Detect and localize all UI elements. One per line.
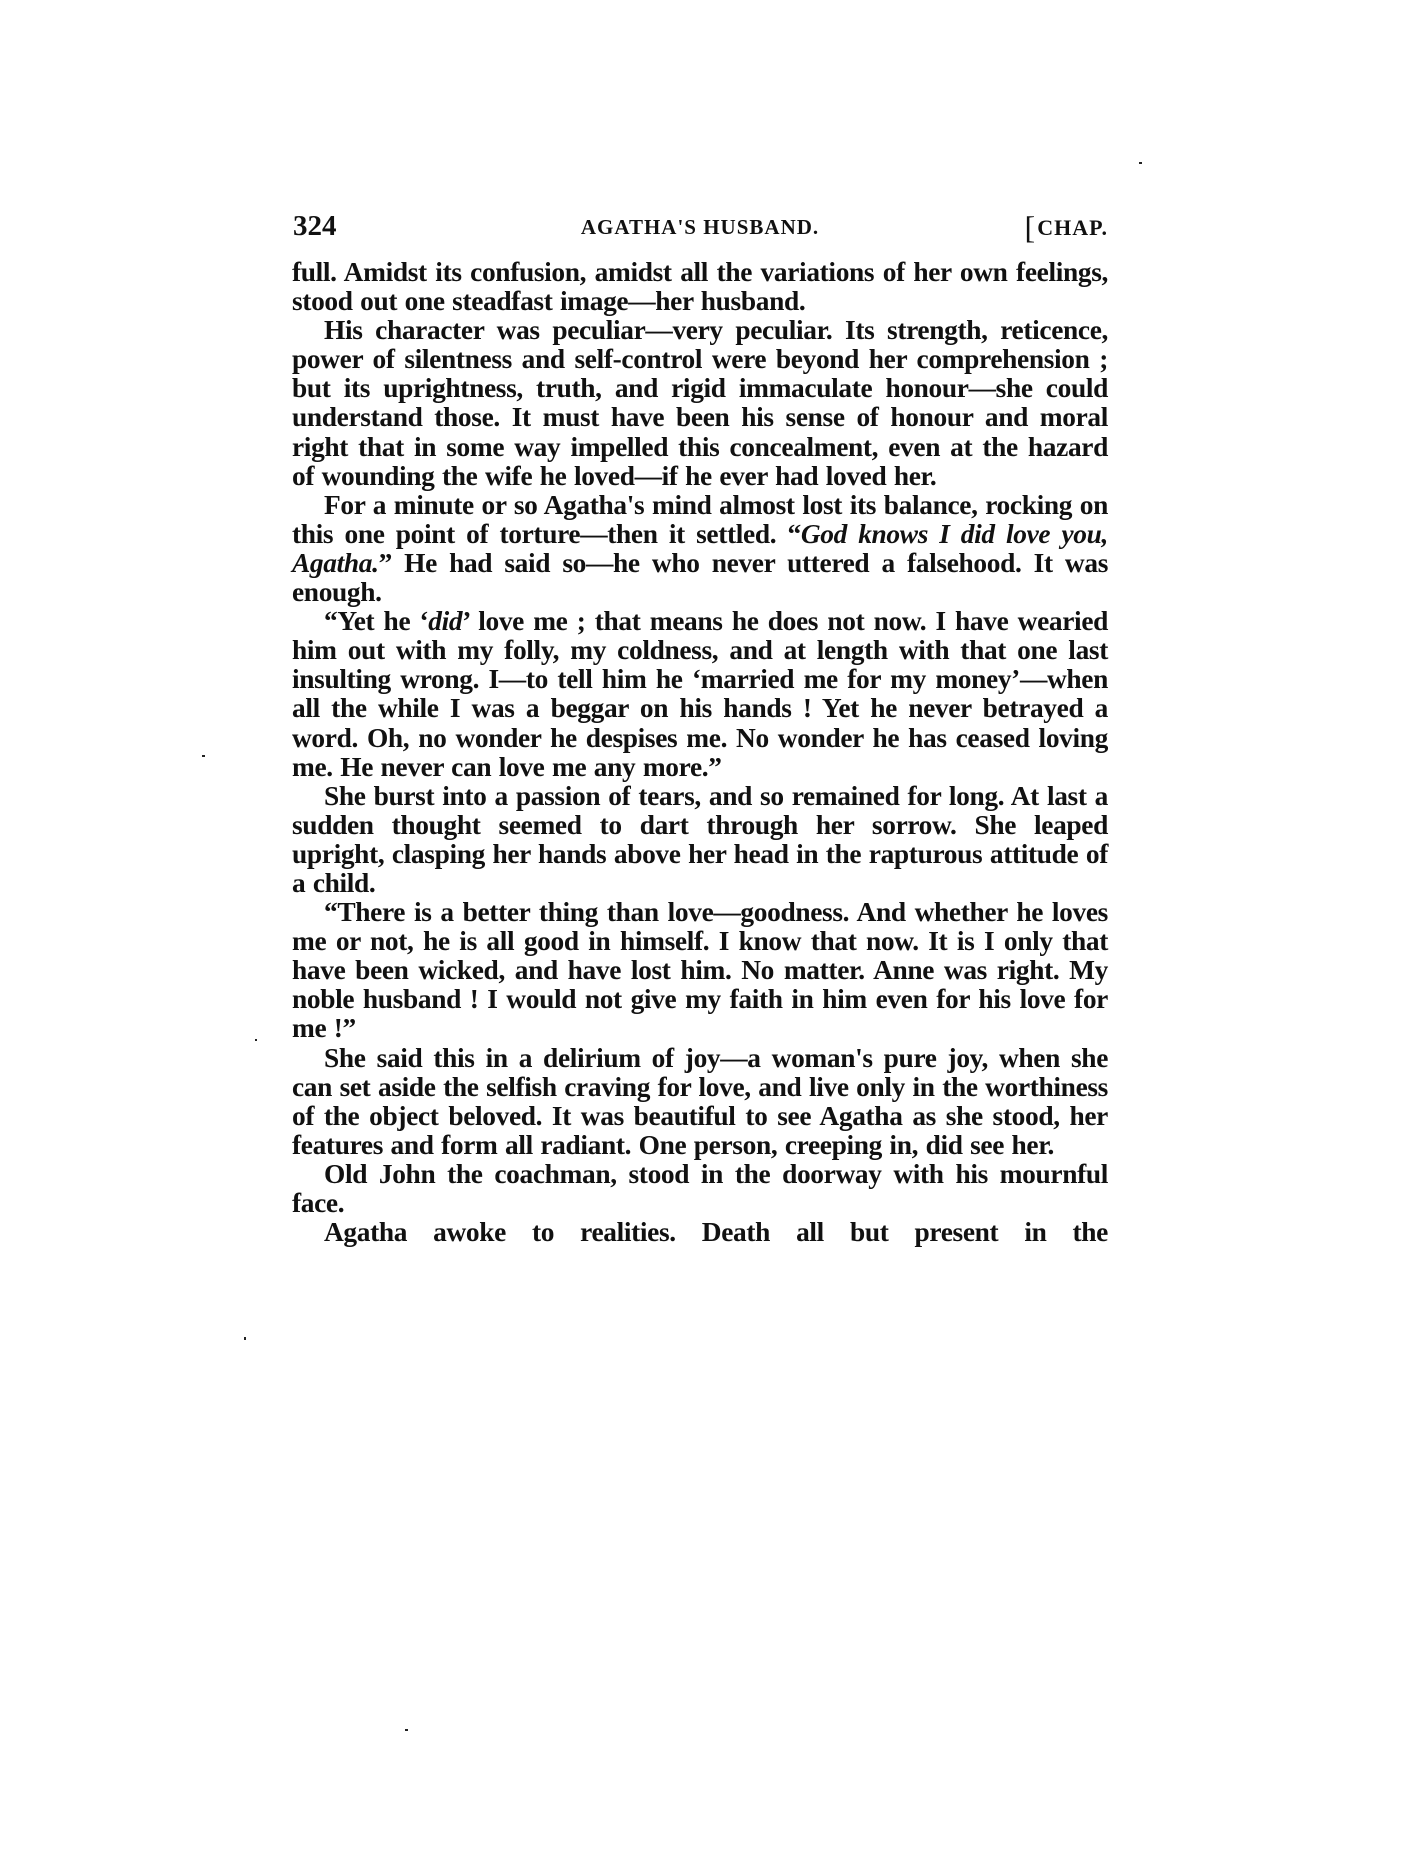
paragraph: She said this in a delirium of joy—a wom… [292, 1044, 1108, 1160]
italic-text: did [428, 606, 462, 636]
text-run: “There is a better thing than love—goodn… [292, 897, 1108, 1043]
paragraph: Agatha awoke to realities. Death all but… [292, 1218, 1108, 1247]
scan-speck [1139, 162, 1142, 164]
paragraph: full. Amidst its confusion, amidst all t… [292, 258, 1108, 316]
text-run: She said this in a delirium of joy—a wom… [292, 1043, 1108, 1160]
text-run: Agatha awoke to realities. Death all but… [324, 1217, 1108, 1247]
chapter-label: CHAP. [1037, 215, 1108, 240]
text-run: She burst into a passion of tears, and s… [292, 781, 1108, 898]
scan-speck [202, 755, 205, 757]
paragraph: His character was peculiar—very peculiar… [292, 316, 1108, 491]
text-run: full. Amidst its confusion, amidst all t… [292, 257, 1108, 316]
paragraph: Old John the coachman, stood in the door… [292, 1160, 1108, 1218]
scan-speck [244, 1337, 246, 1340]
book-page: 324 AGATHA'S HUSBAND. [CHAP. full. Amids… [292, 206, 1108, 1247]
scan-speck [255, 1039, 257, 1041]
body-text: full. Amidst its confusion, amidst all t… [292, 258, 1108, 1247]
text-run: Old John the coachman, stood in the door… [292, 1159, 1108, 1218]
bracket-glyph: [ [1025, 209, 1037, 245]
paragraph: For a minute or so Agatha's mind almost … [292, 491, 1108, 607]
book-title: AGATHA'S HUSBAND. [292, 207, 1108, 247]
text-run: His character was peculiar—very peculiar… [292, 315, 1108, 490]
text-run: ” He had said so—he who never uttered a … [292, 548, 1108, 607]
running-head: 324 AGATHA'S HUSBAND. [CHAP. [292, 206, 1108, 246]
paragraph: “Yet he ‘did’ love me ; that means he do… [292, 607, 1108, 782]
paragraph: “There is a better thing than love—goodn… [292, 898, 1108, 1043]
text-run: “Yet he ‘ [324, 606, 428, 636]
paragraph: She burst into a passion of tears, and s… [292, 782, 1108, 898]
scan-speck [405, 1729, 408, 1731]
chapter-marker: [CHAP. [1025, 207, 1108, 248]
